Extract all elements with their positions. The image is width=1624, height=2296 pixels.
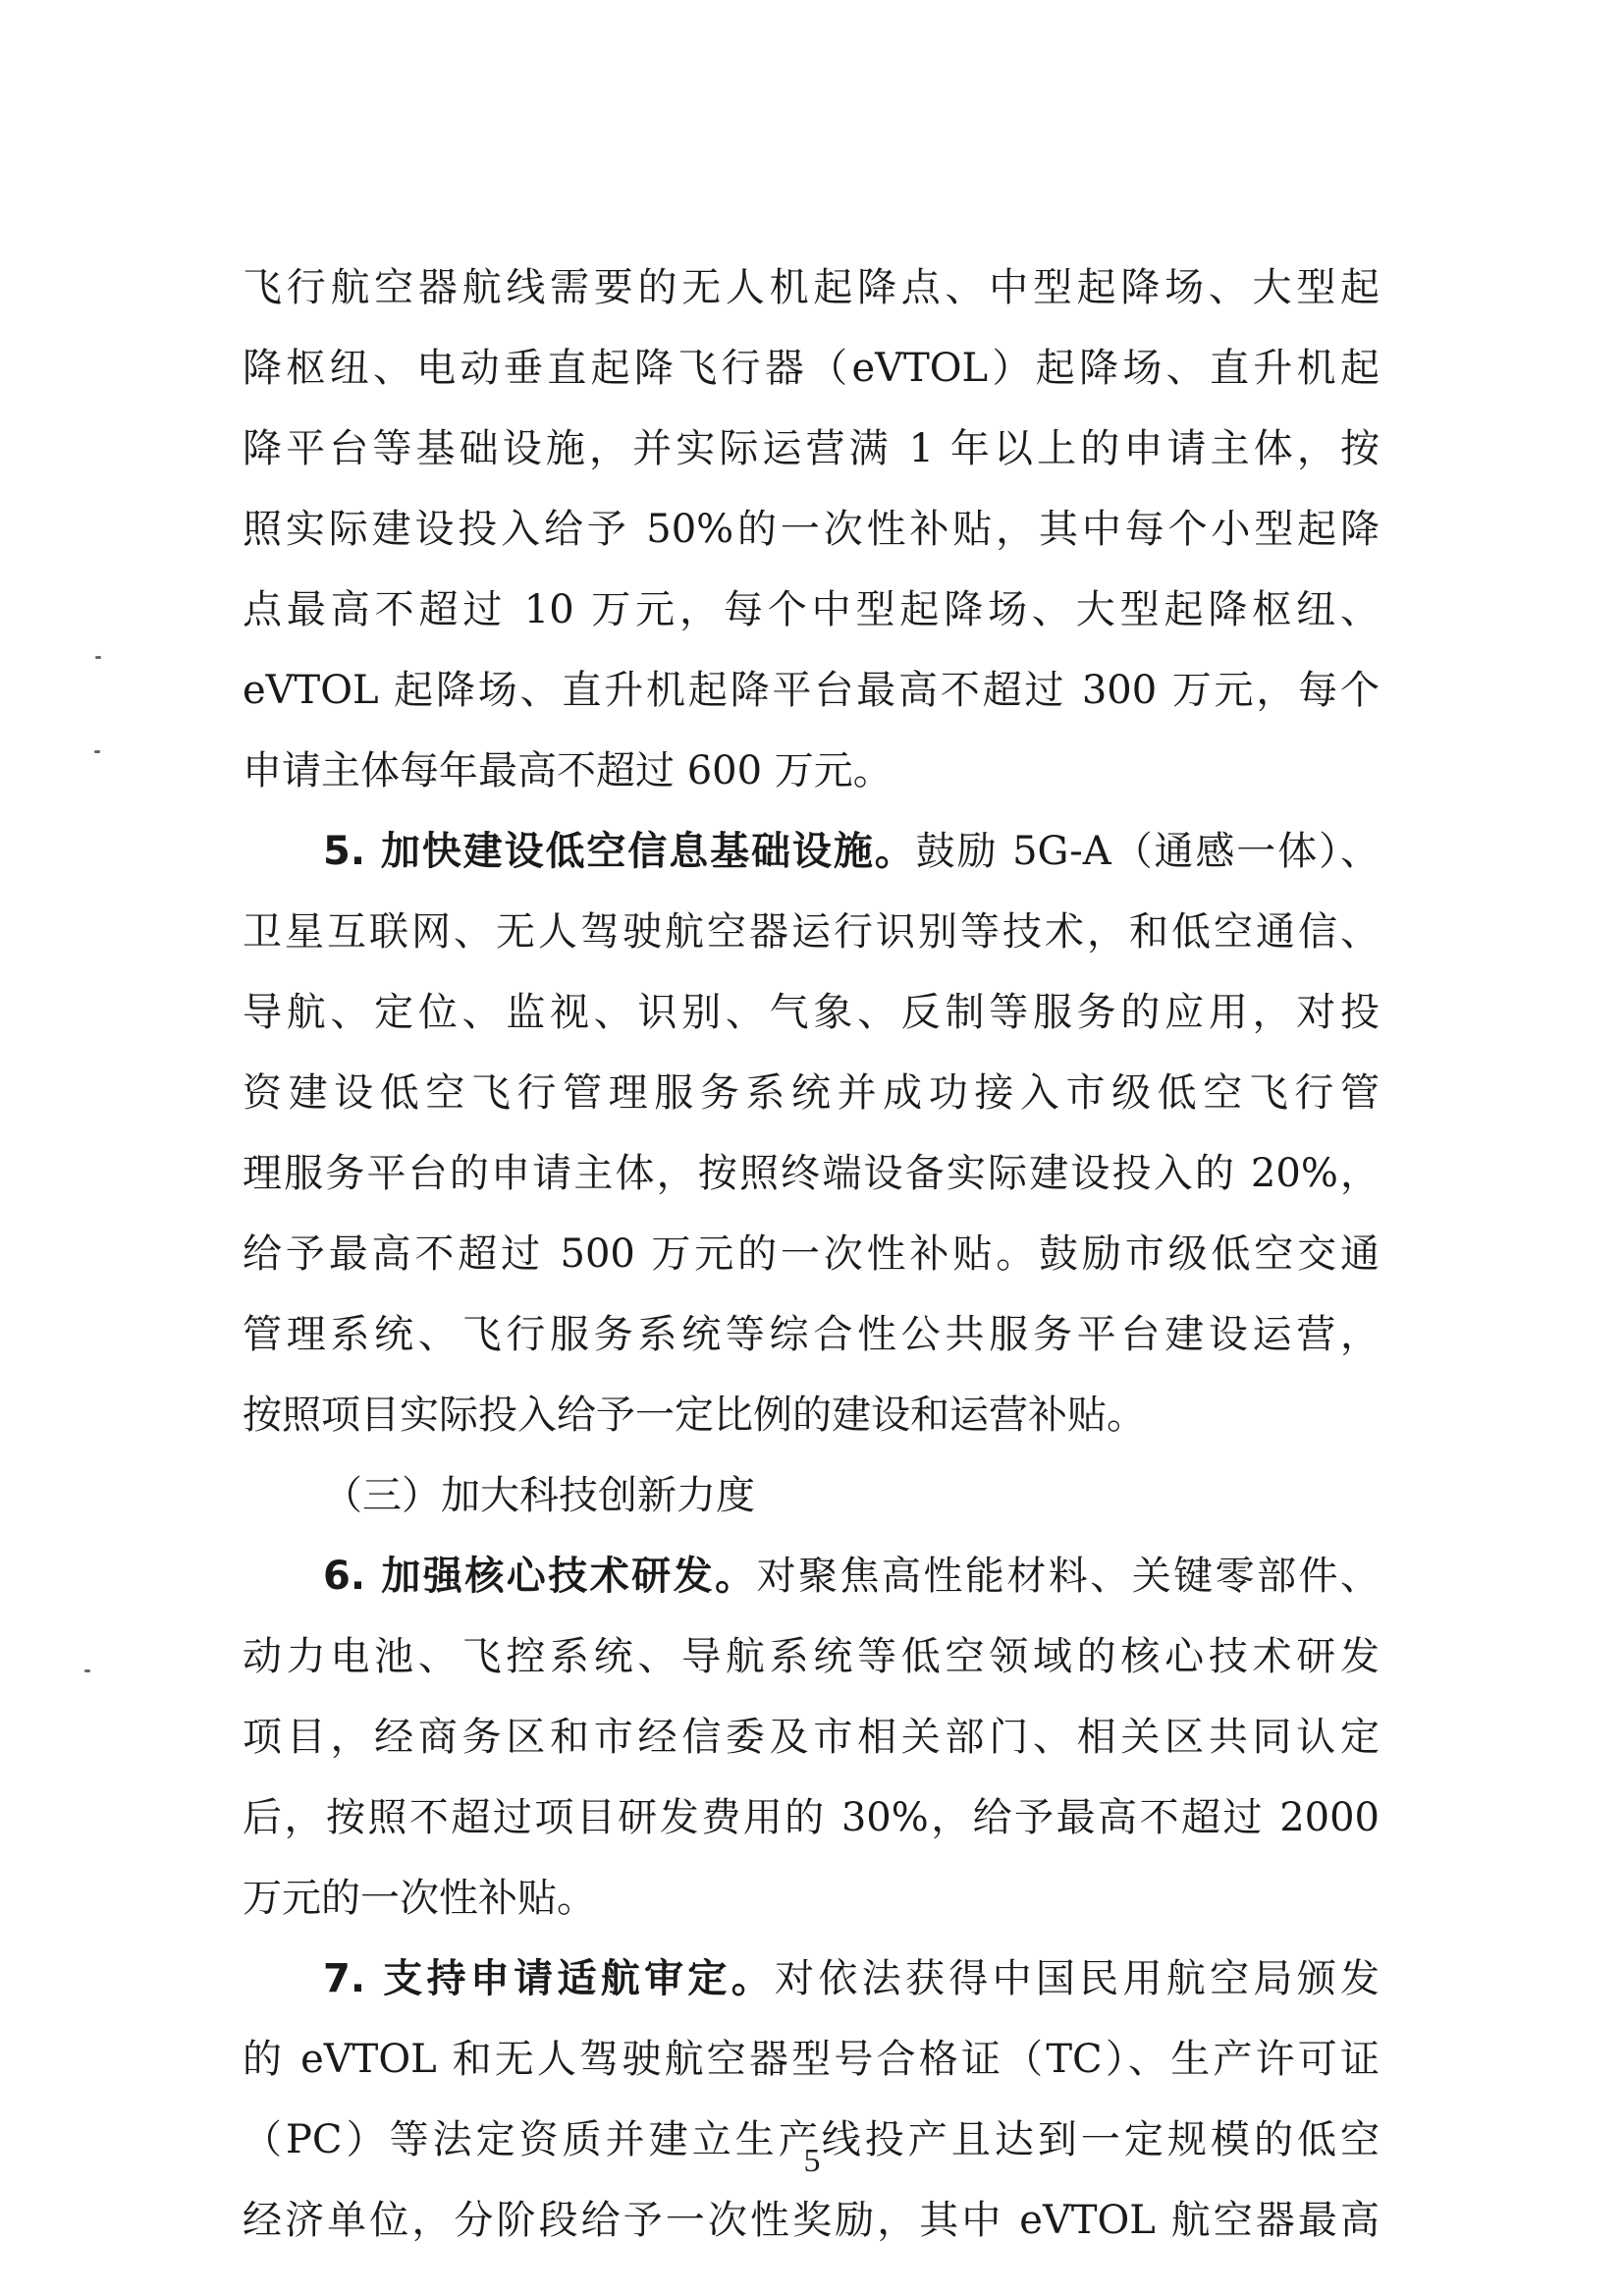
page-number: 5	[0, 2143, 1624, 2180]
text-line: 降平台等基础设施，并实际运营满 1 年以上的申请主体，按	[243, 409, 1380, 489]
scan-speck	[94, 750, 100, 753]
section-3-heading: （三）加大科技创新力度	[243, 1455, 1380, 1536]
item-6-heading: 6. 加强核心技术研发。	[323, 1554, 757, 1599]
item-7-text: 对依法获得中国民用航空局颁发	[775, 1956, 1380, 2001]
text-line: 申请主体每年最高不超过 600 万元。	[243, 731, 1380, 811]
item-5-text: 鼓励 5G-A（通感一体）、	[916, 829, 1380, 874]
text-line: 按照项目实际投入给予一定比例的建设和运营补贴。	[243, 1375, 1380, 1455]
text-line: 点最高不超过 10 万元，每个中型起降场、大型起降枢纽、	[243, 570, 1380, 650]
text-line: 给予最高不超过 500 万元的一次性补贴。鼓励市级低空交通	[243, 1214, 1380, 1294]
text-line: 后，按照不超过项目研发费用的 30%，给予最高不超过 2000	[243, 1777, 1380, 1858]
text-line: 资建设低空飞行管理服务系统并成功接入市级低空飞行管	[243, 1053, 1380, 1133]
item-7-airworthiness-certification: 7. 支持申请适航审定。对依法获得中国民用航空局颁发 的 eVTOL 和无人驾驶…	[243, 1939, 1380, 2261]
item-5-heading: 5. 加快建设低空信息基础设施。	[323, 829, 916, 874]
scan-speck	[84, 1669, 90, 1672]
item-6-text: 对聚焦高性能材料、关键零部件、	[757, 1554, 1380, 1599]
text-line: 降枢纽、电动垂直起降飞行器（eVTOL）起降场、直升机起	[243, 328, 1380, 409]
item-6-core-tech-rd: 6. 加强核心技术研发。对聚焦高性能材料、关键零部件、 动力电池、飞控系统、导航…	[243, 1536, 1380, 1939]
text-line: 项目，经商务区和市经信委及市相关部门、相关区共同认定	[243, 1697, 1380, 1777]
item-6-first-line: 6. 加强核心技术研发。对聚焦高性能材料、关键零部件、	[243, 1536, 1380, 1616]
text-line: 飞行航空器航线需要的无人机起降点、中型起降场、大型起	[243, 247, 1380, 328]
text-line: 管理系统、飞行服务系统等综合性公共服务平台建设运营，	[243, 1294, 1380, 1375]
item-5-first-line: 5. 加快建设低空信息基础设施。鼓励 5G-A（通感一体）、	[243, 811, 1380, 892]
text-line: 的 eVTOL 和无人驾驶航空器型号合格证（TC）、生产许可证	[243, 2019, 1380, 2100]
text-line: eVTOL 起降场、直升机起降平台最高不超过 300 万元，每个	[243, 650, 1380, 731]
document-page: 飞行航空器航线需要的无人机起降点、中型起降场、大型起 降枢纽、电动垂直起降飞行器…	[243, 247, 1380, 2261]
text-line: 理服务平台的申请主体，按照终端设备实际建设投入的 20%，	[243, 1133, 1380, 1214]
text-line: 动力电池、飞控系统、导航系统等低空领域的核心技术研发	[243, 1616, 1380, 1697]
text-line: 导航、定位、监视、识别、气象、反制等服务的应用，对投	[243, 972, 1380, 1053]
text-line: 经济单位，分阶段给予一次性奖励，其中 eVTOL 航空器最高	[243, 2180, 1380, 2261]
paragraph-infrastructure-subsidy: 飞行航空器航线需要的无人机起降点、中型起降场、大型起 降枢纽、电动垂直起降飞行器…	[243, 247, 1380, 811]
scan-speck	[95, 656, 101, 659]
text-line: 照实际建设投入给予 50%的一次性补贴，其中每个小型起降	[243, 489, 1380, 570]
item-5-low-altitude-info-infrastructure: 5. 加快建设低空信息基础设施。鼓励 5G-A（通感一体）、 卫星互联网、无人驾…	[243, 811, 1380, 1455]
text-line: 卫星互联网、无人驾驶航空器运行识别等技术，和低空通信、	[243, 892, 1380, 972]
item-7-heading: 7. 支持申请适航审定。	[323, 1956, 775, 2001]
text-line: 万元的一次性补贴。	[243, 1858, 1380, 1939]
item-7-first-line: 7. 支持申请适航审定。对依法获得中国民用航空局颁发	[243, 1939, 1380, 2019]
